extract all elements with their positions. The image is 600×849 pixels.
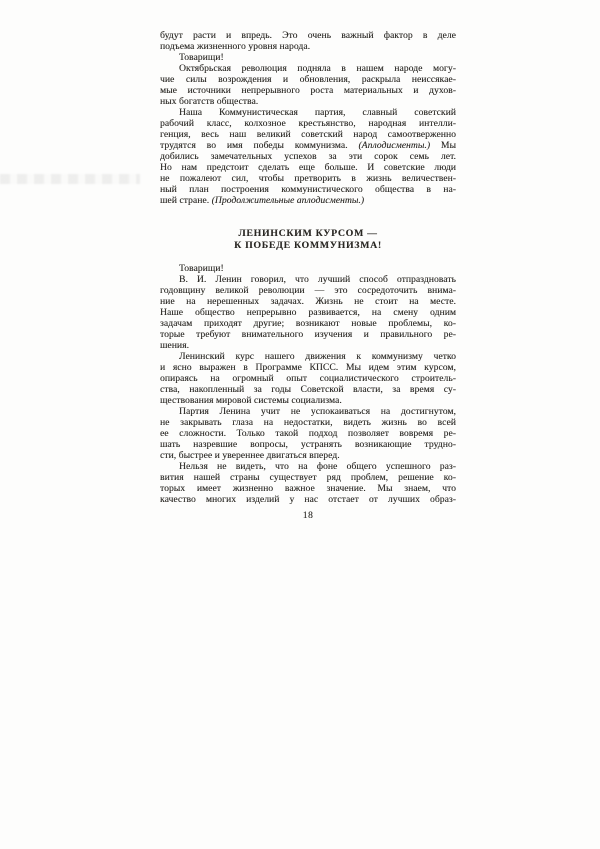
text-line: задачам приходят другие; возникают новые… bbox=[160, 318, 456, 329]
text-line: генция, весь наш великий советский народ… bbox=[160, 129, 456, 140]
section-heading-line: К ПОБЕДЕ КОММУНИЗМА! bbox=[160, 240, 456, 252]
paragraph: Товарищи! bbox=[160, 52, 456, 63]
text-line: ние на нерешенных задачах. Жизнь не стои… bbox=[160, 296, 456, 307]
paragraph: Ленинский курс нашего движения к коммуни… bbox=[160, 351, 456, 406]
text-line: опираясь на огромный опыт социалистическ… bbox=[160, 373, 456, 384]
text-line: Ленинский курс нашего движения к коммуни… bbox=[160, 351, 456, 362]
text-line: не закрывать глаза на недостатки, видеть… bbox=[160, 417, 456, 428]
text-segment: ее сложности. Только такой подход позвол… bbox=[160, 428, 456, 439]
text-segment: ства, накопленный за годы Советской влас… bbox=[160, 384, 456, 395]
text-line: не пожалеют сил, чтобы претворить в жизн… bbox=[160, 173, 456, 184]
text-segment: чие силы возрождения и обновления, раскр… bbox=[160, 74, 456, 85]
text-segment: Товарищи! bbox=[179, 52, 224, 63]
text-line: Октябрьская революция подняла в нашем на… bbox=[160, 63, 456, 74]
text-segment: не пожалеют сил, чтобы претворить в жизн… bbox=[160, 173, 456, 184]
text-segment: качество многих изделий у нас отстает от… bbox=[160, 494, 456, 505]
text-segment: Наша Коммунистическая партия, славный со… bbox=[179, 107, 456, 118]
text-line: будут расти и впредь. Это очень важный ф… bbox=[160, 30, 456, 41]
text-line: рабочий класс, колхозное крестьянство, н… bbox=[160, 118, 456, 129]
text-segment: ных богатств общества. bbox=[160, 96, 258, 107]
text-segment: генция, весь наш великий советский народ… bbox=[160, 129, 456, 140]
paragraph: будут расти и впредь. Это очень важный ф… bbox=[160, 30, 456, 52]
paragraph: Наша Коммунистическая партия, славный со… bbox=[160, 107, 456, 206]
text-line: и ясно выражен в Программе КПСС. Мы идем… bbox=[160, 362, 456, 373]
text-line: В. И. Ленин говорил, что лучший способ о… bbox=[160, 274, 456, 285]
text-line: подъема жизненного уровня народа. bbox=[160, 41, 456, 52]
text-segment: мые источники непрерывного роста материа… bbox=[160, 85, 456, 96]
text-segment: Нельзя не видеть, что на фоне общего усп… bbox=[179, 461, 456, 472]
text-segment: ный план построения коммунистического об… bbox=[160, 184, 456, 195]
text-segment: Наше общество непрерывно развивается, на… bbox=[160, 307, 456, 318]
stage-direction-italic: (Аплодисменты.) bbox=[358, 140, 430, 151]
paragraph: Нельзя не видеть, что на фоне общего усп… bbox=[160, 461, 456, 505]
scanned-book-page: будут расти и впредь. Это очень важный ф… bbox=[0, 0, 600, 849]
text-line: Товарищи! bbox=[160, 263, 456, 274]
text-segment: Но нам предстоит сделать еще больше. И с… bbox=[160, 162, 456, 173]
text-segment: шей стране. bbox=[160, 195, 212, 206]
text-line: Наша Коммунистическая партия, славный со… bbox=[160, 107, 456, 118]
text-column: будут расти и впредь. Это очень важный ф… bbox=[160, 30, 456, 521]
paragraph: Октябрьская революция подняла в нашем на… bbox=[160, 63, 456, 107]
text-segment: ществования мировой системы социализма. bbox=[160, 395, 342, 406]
text-segment: шать назревшие вопросы, устранять возник… bbox=[160, 439, 456, 450]
text-segment: торых имеет жизненно важное значение. Мы… bbox=[160, 483, 456, 494]
paragraph: В. И. Ленин говорил, что лучший способ о… bbox=[160, 274, 456, 351]
text-segment: добились замечательных успехов за эти со… bbox=[160, 151, 456, 162]
text-line: торые требуют внимательного изучения и п… bbox=[160, 329, 456, 340]
text-segment: вития нашей страны существует ряд пробле… bbox=[160, 472, 456, 483]
text-segment: и ясно выражен в Программе КПСС. Мы идем… bbox=[160, 362, 456, 373]
text-line: Наше общество непрерывно развивается, на… bbox=[160, 307, 456, 318]
text-segment: трудятся во имя победы коммунизма. bbox=[160, 140, 358, 151]
section-heading: ЛЕНИНСКИМ КУРСОМ —К ПОБЕДЕ КОММУНИЗМА! bbox=[160, 228, 456, 251]
text-line: вития нашей страны существует ряд пробле… bbox=[160, 472, 456, 483]
scan-smudge-artifact bbox=[0, 174, 140, 184]
text-segment: будут расти и впредь. Это очень важный ф… bbox=[160, 30, 456, 41]
text-line: ства, накопленный за годы Советской влас… bbox=[160, 384, 456, 395]
text-segment: Мы bbox=[430, 140, 456, 151]
text-segment: годовщину великой революции — это сосред… bbox=[160, 285, 456, 296]
text-segment: Октябрьская революция подняла в нашем на… bbox=[179, 63, 456, 74]
paragraph: Товарищи! bbox=[160, 263, 456, 274]
text-line: ных богатств общества. bbox=[160, 96, 456, 107]
text-segment: ние на нерешенных задачах. Жизнь не стои… bbox=[160, 296, 456, 307]
text-line: Товарищи! bbox=[160, 52, 456, 63]
text-line: Но нам предстоит сделать еще больше. И с… bbox=[160, 162, 456, 173]
page-number: 18 bbox=[160, 510, 456, 521]
text-segment: задачам приходят другие; возникают новые… bbox=[160, 318, 456, 329]
text-segment: шения. bbox=[160, 340, 189, 351]
text-line: торых имеет жизненно важное значение. Мы… bbox=[160, 483, 456, 494]
section-heading-line: ЛЕНИНСКИМ КУРСОМ — bbox=[160, 228, 456, 240]
text-segment: не закрывать глаза на недостатки, видеть… bbox=[160, 417, 456, 428]
text-line: ее сложности. Только такой подход позвол… bbox=[160, 428, 456, 439]
text-segment: Товарищи! bbox=[179, 263, 224, 274]
paragraph: Партия Ленина учит не успокаиваться на д… bbox=[160, 406, 456, 461]
text-segment: рабочий класс, колхозное крестьянство, н… bbox=[160, 118, 456, 129]
text-line: трудятся во имя победы коммунизма. (Апло… bbox=[160, 140, 456, 151]
text-segment: сти, быстрее и увереннее двигаться впере… bbox=[160, 450, 340, 461]
text-segment: В. И. Ленин говорил, что лучший способ о… bbox=[179, 274, 456, 285]
text-segment: Партия Ленина учит не успокаиваться на д… bbox=[179, 406, 456, 417]
text-line: ществования мировой системы социализма. bbox=[160, 395, 456, 406]
text-line: сти, быстрее и увереннее двигаться впере… bbox=[160, 450, 456, 461]
text-line: шать назревшие вопросы, устранять возник… bbox=[160, 439, 456, 450]
text-line: мые источники непрерывного роста материа… bbox=[160, 85, 456, 96]
text-line: качество многих изделий у нас отстает от… bbox=[160, 494, 456, 505]
text-line: Партия Ленина учит не успокаиваться на д… bbox=[160, 406, 456, 417]
text-line: добились замечательных успехов за эти со… bbox=[160, 151, 456, 162]
text-line: годовщину великой революции — это сосред… bbox=[160, 285, 456, 296]
text-segment: торые требуют внимательного изучения и п… bbox=[160, 329, 456, 340]
text-line: чие силы возрождения и обновления, раскр… bbox=[160, 74, 456, 85]
text-segment: подъема жизненного уровня народа. bbox=[160, 41, 310, 52]
text-segment: Ленинский курс нашего движения к коммуни… bbox=[179, 351, 456, 362]
text-line: шения. bbox=[160, 340, 456, 351]
stage-direction-italic: (Продолжительные аплодисменты.) bbox=[212, 195, 365, 206]
text-line: Нельзя не видеть, что на фоне общего усп… bbox=[160, 461, 456, 472]
text-line: ный план построения коммунистического об… bbox=[160, 184, 456, 195]
text-segment: опираясь на огромный опыт социалистическ… bbox=[160, 373, 456, 384]
text-line: шей стране. (Продолжительные аплодисмент… bbox=[160, 195, 456, 206]
